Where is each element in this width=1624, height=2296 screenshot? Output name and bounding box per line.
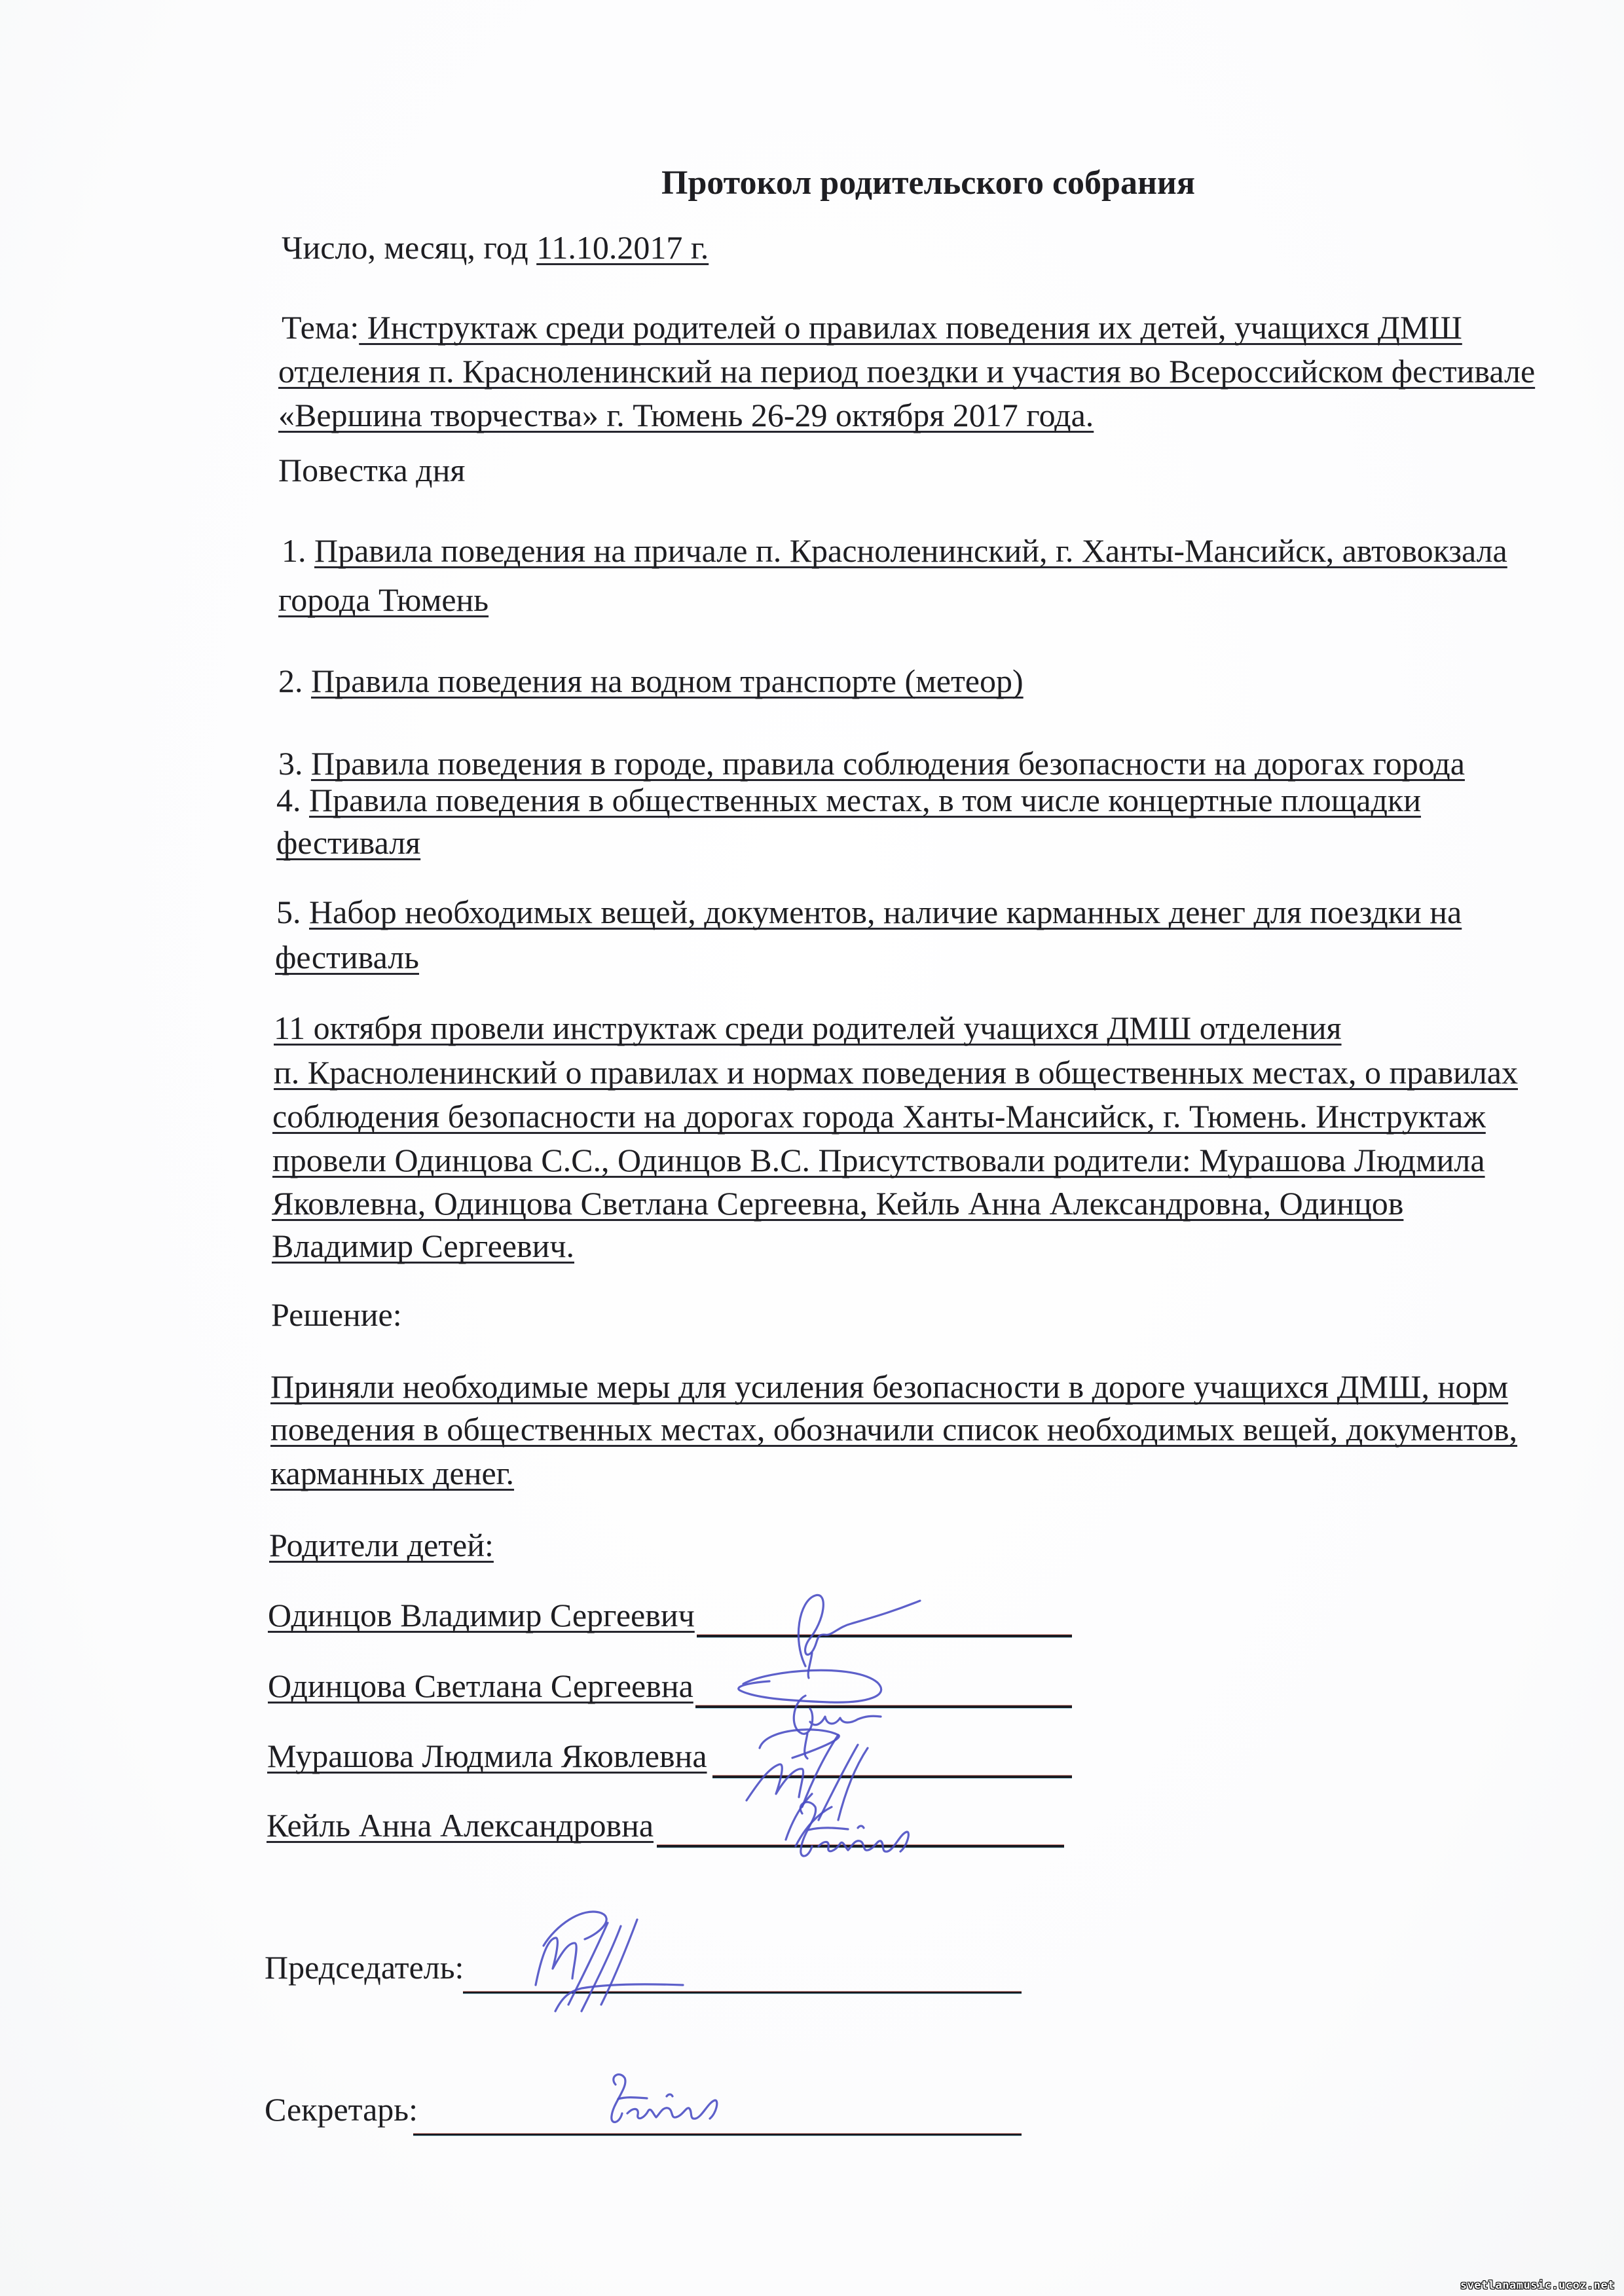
topic-label: Тема: xyxy=(282,309,359,346)
signatory-name-4: Кейль Анна Александровна xyxy=(267,1809,654,1842)
agenda-item-number: 1. xyxy=(282,532,314,569)
signatory-name-3: Мурашова Людмила Яковлевна xyxy=(267,1740,707,1772)
decision-line-2: поведения в общественных местах, обознач… xyxy=(270,1413,1517,1446)
minutes-line-6: Владимир Сергеевич. xyxy=(272,1230,574,1262)
date-label: Число, месяц, год xyxy=(282,229,536,266)
agenda-item-3: 3. Правила поведения в городе, правила с… xyxy=(278,747,1465,780)
agenda-item-2: 2. Правила поведения на водном транспорт… xyxy=(278,665,1024,697)
signature-secretary xyxy=(601,2070,752,2129)
minutes-line-2: п. Красноленинский о правилах и нормах п… xyxy=(274,1056,1518,1089)
signature-keil-a xyxy=(783,1794,927,1872)
topic-text: Инструктаж среди родителей о правилах по… xyxy=(359,309,1462,346)
agenda-item-5: 5. Набор необходимых вещей, документов, … xyxy=(276,896,1462,928)
minutes-line-5: Яковлевна, Одинцова Светлана Сергеевна, … xyxy=(272,1187,1403,1220)
topic-line-1: Тема: Инструктаж среди родителей о прави… xyxy=(282,311,1462,344)
minutes-line-4: провели Одинцова С.С., Одинцов В.С. Прис… xyxy=(272,1144,1485,1176)
agenda-item-text: Правила поведения на причале п. Красноле… xyxy=(314,532,1507,569)
agenda-item-number: 3. xyxy=(278,745,311,782)
agenda-item-4-cont: фестиваля xyxy=(276,826,420,859)
agenda-item-number: 5. xyxy=(276,894,309,930)
agenda-item-text: Набор необходимых вещей, документов, нал… xyxy=(309,894,1462,930)
agenda-item-text: Правила поведения в общественных местах,… xyxy=(309,782,1421,818)
parents-heading: Родители детей: xyxy=(269,1529,494,1561)
secretary-label: Секретарь: xyxy=(265,2093,418,2126)
signatory-name-1: Одинцов Владимир Сергеевич xyxy=(268,1599,695,1631)
date-line: Число, месяц, год 11.10.2017 г. xyxy=(282,231,709,264)
watermark: svetlanamusic.ucoz.net xyxy=(1460,2279,1615,2292)
minutes-line-1: 11 октября провели инструктаж среди роди… xyxy=(274,1011,1342,1044)
decision-line-1: Приняли необходимые меры для усиления бе… xyxy=(270,1370,1508,1403)
agenda-item-4: 4. Правила поведения в общественных мест… xyxy=(276,784,1421,816)
document-title: Протокол родительского собрания xyxy=(661,166,1195,200)
agenda-heading: Повестка дня xyxy=(278,454,465,486)
agenda-item-number: 4. xyxy=(276,782,309,818)
decision-heading: Решение: xyxy=(271,1298,402,1331)
agenda-item-number: 2. xyxy=(278,663,311,699)
date-value: 11.10.2017 г. xyxy=(536,229,709,266)
chairman-label: Председатель: xyxy=(265,1951,464,1984)
decision-line-3: карманных денег. xyxy=(270,1457,514,1489)
agenda-item-5-cont: фестиваль xyxy=(275,941,419,974)
agenda-item-1-cont: города Тюмень xyxy=(278,583,489,616)
signature-chairman xyxy=(529,1906,719,2018)
scanned-page: Протокол родительского собрания Число, м… xyxy=(0,0,1624,2296)
signatory-name-2: Одинцова Светлана Сергеевна xyxy=(268,1669,693,1702)
minutes-line-3: соблюдения безопасности на дорогах город… xyxy=(272,1100,1486,1133)
secretary-signature-line xyxy=(413,2134,1022,2136)
topic-line-2: отделения п. Красноленинский на период п… xyxy=(278,355,1535,388)
agenda-item-text: Правила поведения в городе, правила собл… xyxy=(311,745,1465,782)
agenda-item-1: 1. Правила поведения на причале п. Красн… xyxy=(282,534,1507,567)
agenda-item-text: Правила поведения на водном транспорте (… xyxy=(311,663,1024,699)
topic-line-3: «Вершина творчества» г. Тюмень 26-29 окт… xyxy=(278,399,1094,431)
